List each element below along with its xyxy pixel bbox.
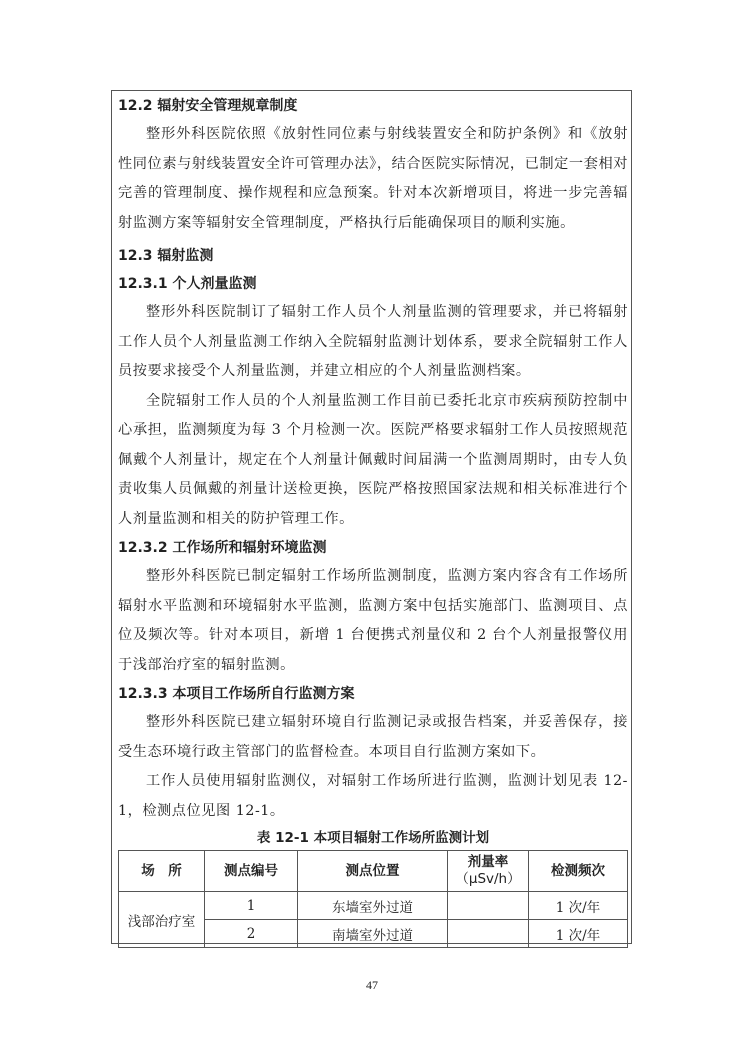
cell-frequency: 1 次/年: [529, 920, 628, 948]
header-location: 场 所: [119, 851, 205, 892]
cell-point-id: 1: [205, 892, 298, 920]
header-dose-rate: 剂量率 （μSv/h）: [448, 851, 529, 892]
page-number: 47: [0, 978, 744, 993]
paragraph: 整形外科医院已制定辐射工作场所监测制度，监测方案内容含有工作场所辐射水平监测和环…: [118, 562, 628, 680]
paragraph: 整形外科医院已建立辐射环境自行监测记录或报告档案，并妥善保存，接受生态环境行政主…: [118, 708, 628, 767]
cell-frequency: 1 次/年: [529, 892, 628, 920]
heading-12-3-1: 12.3.1 个人剂量监测: [118, 270, 628, 298]
paragraph: 整形外科医院制订了辐射工作人员个人剂量监测的管理要求，并已将辐射工作人员个人剂量…: [118, 298, 628, 387]
document-body: 12.2 辐射安全管理规章制度 整形外科医院依照《放射性同位素与射线装置安全和防…: [118, 92, 628, 948]
paragraph: 工作人员使用辐射监测仪，对辐射工作场所进行监测，监测计划见表 12-1，检测点位…: [118, 767, 628, 826]
header-dose-rate-unit: （μSv/h）: [448, 871, 528, 888]
header-point-id: 测点编号: [205, 851, 298, 892]
paragraph: 全院辐射工作人员的个人剂量监测工作目前已委托北京市疾病预防控制中心承担，监测频度…: [118, 387, 628, 535]
cell-location: 浅部治疗室: [119, 892, 205, 948]
table-row: 浅部治疗室 1 东墙室外过道 1 次/年: [119, 892, 628, 920]
table-header-row: 场 所 测点编号 测点位置 剂量率 （μSv/h） 检测频次: [119, 851, 628, 892]
cell-point-position: 东墙室外过道: [298, 892, 448, 920]
heading-12-2: 12.2 辐射安全管理规章制度: [118, 92, 628, 120]
cell-point-position: 南墙室外过道: [298, 920, 448, 948]
heading-12-3: 12.3 辐射监测: [118, 242, 628, 270]
table-caption: 表 12-1 本项目辐射工作场所监测计划: [118, 828, 628, 848]
heading-12-3-3: 12.3.3 本项目工作场所自行监测方案: [118, 680, 628, 708]
cell-point-id: 2: [205, 920, 298, 948]
header-dose-rate-label: 剂量率: [448, 854, 528, 871]
monitoring-plan-table: 场 所 测点编号 测点位置 剂量率 （μSv/h） 检测频次 浅部治疗室 1 东…: [118, 850, 628, 948]
heading-12-3-2: 12.3.2 工作场所和辐射环境监测: [118, 534, 628, 562]
header-point-position: 测点位置: [298, 851, 448, 892]
cell-dose-rate: [448, 920, 529, 948]
paragraph: 整形外科医院依照《放射性同位素与射线装置安全和防护条例》和《放射性同位素与射线装…: [118, 120, 628, 238]
header-frequency: 检测频次: [529, 851, 628, 892]
cell-dose-rate: [448, 892, 529, 920]
